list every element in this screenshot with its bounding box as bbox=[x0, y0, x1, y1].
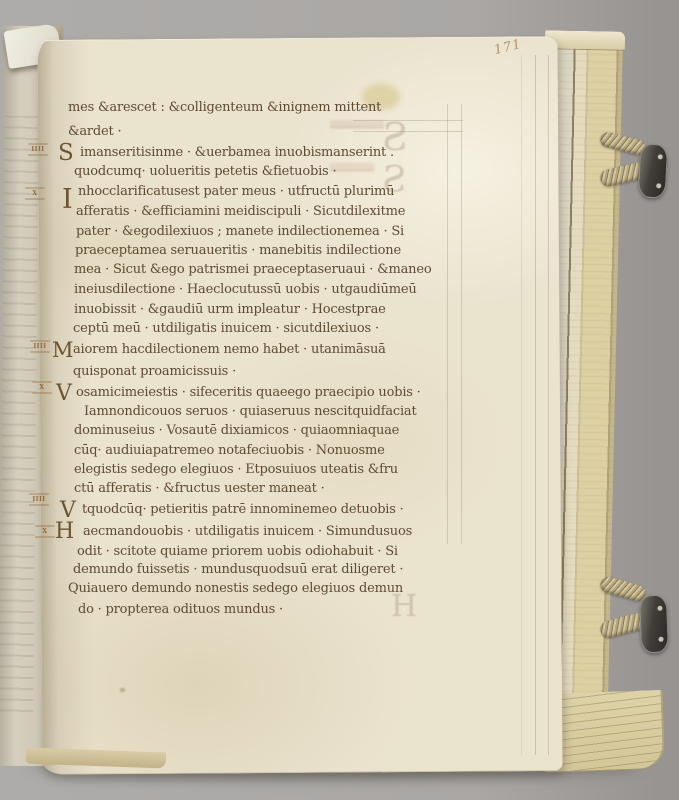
initial-letter: I bbox=[62, 186, 73, 213]
ghost-text-smudge bbox=[330, 120, 384, 128]
margin-canon-mark: IIII bbox=[26, 142, 50, 157]
text-line: afferatis · &efficiamini meidiscipuli · … bbox=[76, 204, 405, 220]
text-line: quodcumq· uolueritis petetis &fietuobis … bbox=[74, 164, 336, 180]
rivet bbox=[657, 606, 662, 611]
text-line: cūq· audiuiapatremeo notafeciuobis · Non… bbox=[74, 443, 385, 459]
text-line: quisponat proamicissuis · bbox=[73, 364, 236, 380]
initial-letter: V bbox=[56, 383, 72, 405]
text-line: nhocclarificatusest pater meus · utfruct… bbox=[78, 184, 394, 200]
page-crease bbox=[535, 55, 536, 755]
text-line: Quiauero demundo nonestis sedego elegiuo… bbox=[68, 581, 403, 597]
text-line: mea · Sicut &ego patrismei praeceptaseru… bbox=[74, 262, 431, 278]
text-line: demundo fuissetis · mundusquodsuū erat d… bbox=[73, 562, 403, 578]
ruling-line-vertical bbox=[461, 104, 462, 544]
text-line: aiorem hacdilectionem nemo habet · utani… bbox=[73, 342, 386, 358]
text-line: ineiusdilectione · Haeclocutussū uobis ·… bbox=[74, 282, 417, 298]
margin-canon-mark: IIII bbox=[27, 492, 51, 507]
text-line: do · propterea odituos mundus · bbox=[78, 602, 283, 618]
bottom-clasp-metal-fitting bbox=[639, 595, 669, 654]
top-clasp-metal-fitting bbox=[638, 143, 669, 198]
text-line: osamicimeiestis · sifeceritis quaeego pr… bbox=[76, 385, 421, 401]
rivet bbox=[658, 154, 663, 159]
rivet bbox=[658, 637, 663, 642]
text-line: ctū afferatis · &fructus uester maneat · bbox=[74, 481, 325, 497]
top-clasp bbox=[598, 128, 672, 212]
text-line: aecmandouobis · utdiligatis inuicem · Si… bbox=[83, 524, 412, 540]
bottom-clasp bbox=[600, 573, 674, 657]
text-line: &ardet · bbox=[68, 124, 121, 140]
text-line: mes &arescet : &colligenteum &inignem mi… bbox=[68, 100, 381, 116]
ruling-line-vertical bbox=[447, 104, 448, 544]
text-line: imanseritisinme · &uerbamea inuobismanse… bbox=[80, 145, 394, 161]
text-line: tquodcūq· petieritis patrē innominemeo d… bbox=[82, 502, 404, 518]
ghost-text-smudge bbox=[330, 163, 374, 171]
text-line: pater · &egodilexiuos ; manete indilecti… bbox=[76, 224, 404, 240]
text-line: dominuseius · Vosautē dixiamicos · quiao… bbox=[74, 423, 399, 439]
text-line: ceptū meū · utdiligatis inuicem · sicutd… bbox=[73, 321, 379, 337]
text-line: odit · scitote quiame priorem uobis odio… bbox=[77, 544, 398, 560]
rivet bbox=[656, 183, 661, 188]
speck bbox=[120, 688, 125, 692]
bottom-clasp-cord-upper bbox=[599, 575, 648, 603]
margin-canon-mark: X bbox=[33, 524, 57, 539]
initial-letter: S bbox=[58, 142, 74, 165]
text-line: Iamnondicouos seruos · quiaseruus nescit… bbox=[84, 404, 417, 420]
page-crease bbox=[548, 55, 549, 755]
manuscript-photo: 171 S S H IIII X IIII X IIII X S I M V V… bbox=[0, 0, 679, 800]
text-line: praeceptamea seruaueritis · manebitis in… bbox=[75, 243, 401, 259]
text-line: elegistis sedego elegiuos · Etposuiuos u… bbox=[74, 462, 398, 478]
initial-letter: M bbox=[52, 340, 74, 361]
page-crease bbox=[521, 55, 522, 755]
facing-page-ghost-text bbox=[0, 116, 38, 716]
text-line: inuobissit · &gaudiū urm impleatur · Hoc… bbox=[74, 302, 386, 318]
margin-canon-mark: X bbox=[30, 380, 54, 395]
initial-letter: H bbox=[55, 521, 74, 543]
margin-canon-mark: X bbox=[23, 186, 47, 201]
margin-canon-mark: IIII bbox=[28, 339, 52, 354]
